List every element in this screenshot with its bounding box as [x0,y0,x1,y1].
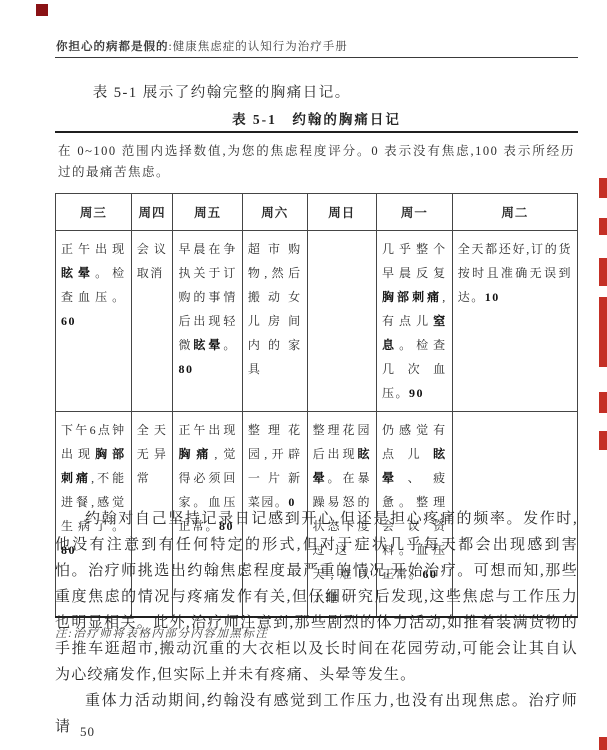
table-caption: 在 0~100 范围内选择数值,为您的焦虑程度评分。0 表示没有焦虑,100 表… [55,131,578,193]
paragraph: 约翰对自己坚持记录日记感到开心,但还是担心疼痛的频率。发作时,他没有注意到有任何… [55,506,578,688]
table-cell: 早晨在争执关于订购的事情后出现轻微眩晕。80 [173,231,242,412]
body-text: 约翰对自己坚持记录日记感到开心,但还是担心疼痛的频率。发作时,他没有注意到有任何… [55,506,578,740]
page-edge-mark [599,737,607,750]
table-cell: 会议取消 [131,231,173,412]
table-cell [307,231,376,412]
page-edge-mark [599,178,607,198]
column-header: 周四 [131,194,173,231]
book-page: 你担心的病都是假的:健康焦虑症的认知行为治疗手册 表 5-1 展示了约翰完整的胸… [0,0,607,750]
intro-line: 表 5-1 展示了约翰完整的胸痛日记。 [55,81,578,102]
table-cell: 几乎整个早晨反复胸部刺痛,有点儿窒息。检查几次血压。90 [377,231,453,412]
table-cell: 超市购物,然后搬动女儿房间内的家具 [242,231,307,412]
red-corner-mark [36,4,48,16]
paragraph: 重体力活动期间,约翰没有感觉到工作压力,也没有出现焦虑。治疗师请 [55,688,578,740]
table-row: 正午出现眩晕。检查血压。60会议取消早晨在争执关于订购的事情后出现轻微眩晕。80… [56,231,578,412]
table-cell: 正午出现眩晕。检查血压。60 [56,231,132,412]
column-header: 周三 [56,194,132,231]
column-header: 周二 [452,194,577,231]
page-edge-mark [599,218,607,235]
table-title: 表 5-1 约翰的胸痛日记 [55,108,578,128]
header-rule [55,57,578,58]
table-cell: 全天都还好,订的货按时且准确无误到达。10 [452,231,577,412]
page-edge-mark [599,431,607,450]
column-header: 周五 [173,194,242,231]
table-header-row: 周三周四周五周六周日周一周二 [56,194,578,231]
column-header: 周一 [377,194,453,231]
running-header: 你担心的病都是假的:健康焦虑症的认知行为治疗手册 [56,38,579,54]
page-edge-mark [599,258,607,286]
column-header: 周六 [242,194,307,231]
column-header: 周日 [307,194,376,231]
page-edge-mark [599,392,607,413]
page-edge-mark [599,297,607,367]
running-header-book-title: 你担心的病都是假的 [56,41,169,53]
running-header-subtitle: :健康焦虑症的认知行为治疗手册 [169,41,348,53]
page-number: 50 [80,724,95,740]
